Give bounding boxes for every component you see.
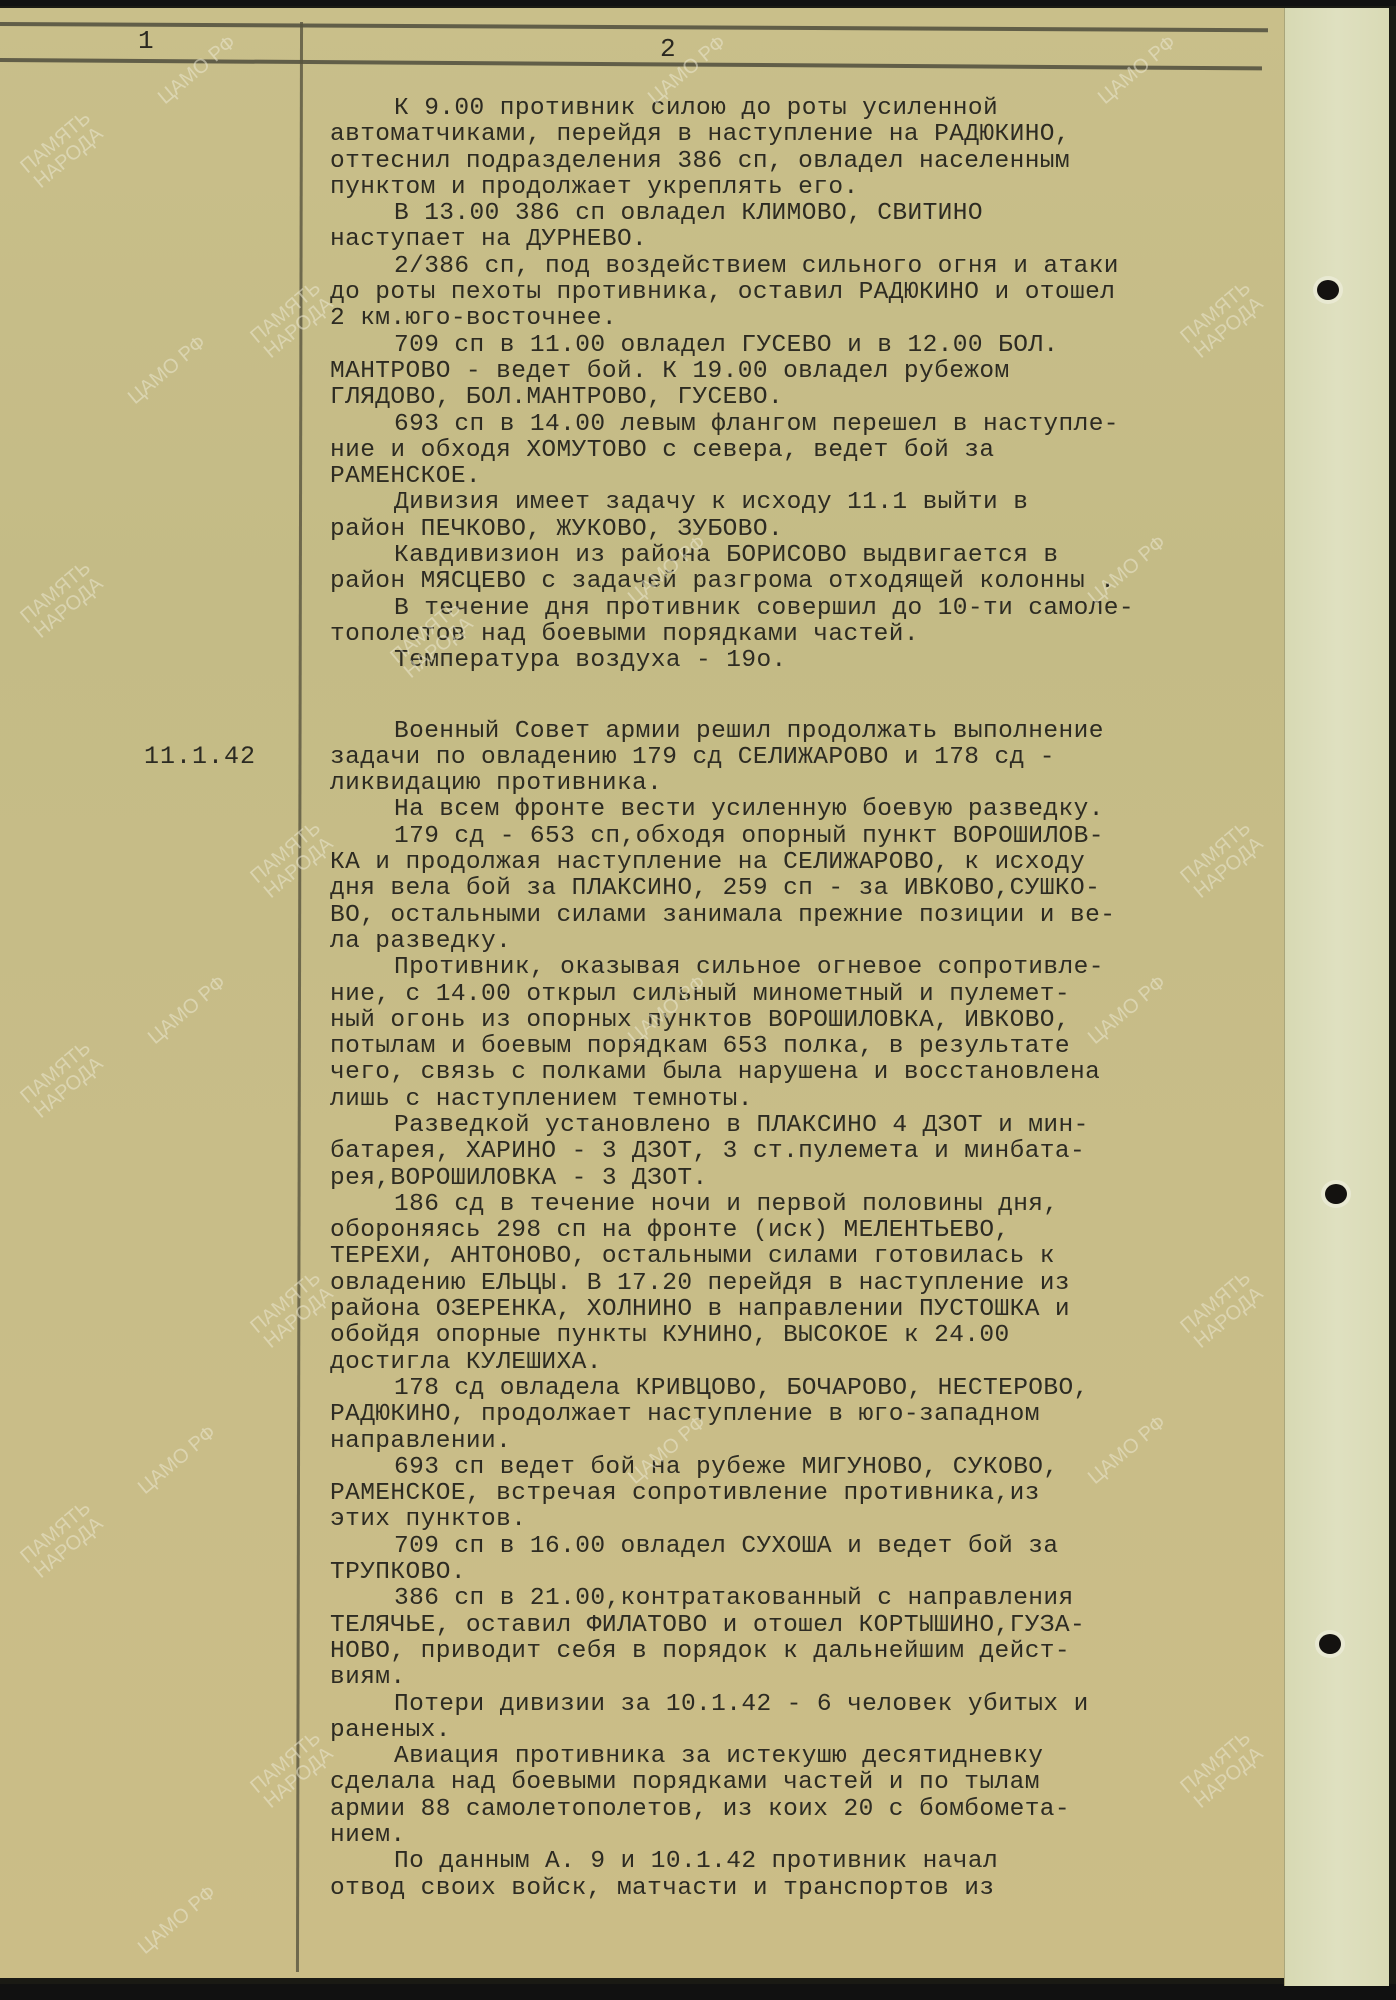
typed-line: РАДЮКИНО, продолжает наступление в юго-з… [266, 1402, 1270, 1428]
typed-line: рея,ВОРОШИЛОВКА - 3 ДЗОТ. [266, 1166, 1270, 1192]
typed-line: 179 сд - 653 сп,обходя опорный пункт ВОР… [330, 824, 1270, 850]
typed-line: В 13.00 386 сп овладел КЛИМОВО, СВИТИНО [330, 201, 1270, 227]
typed-line: района ОЗЕРЕНКА, ХОЛНИНО в направлении П… [266, 1297, 1270, 1323]
typed-line: пунктом и продолжает укреплять его. [266, 175, 1270, 201]
typed-line: до роты пехоты противника, оставил РАДЮК… [266, 280, 1270, 306]
typed-line: КА и продолжая наступление на СЕЛИЖАРОВО… [266, 850, 1270, 876]
typed-line: ный огонь из опорных пунктов ВОРОШИЛОВКА… [266, 1008, 1270, 1034]
punch-hole [1317, 280, 1339, 300]
typed-line: ла разведку. [266, 929, 1270, 955]
typed-line: РАМЕНСКОЕ, встречая сопротивление против… [266, 1481, 1270, 1507]
typed-line: 2/386 сп, под воздействием сильного огня… [330, 254, 1270, 280]
report-paragraph: На всем фронте вести усиленную боевую ра… [330, 797, 1270, 823]
typed-line: 186 сд в течение ночи и первой половины … [330, 1192, 1270, 1218]
typed-line: ние, с 14.00 открыл сильный минометный и… [266, 982, 1270, 1008]
typed-line: чего, связь с полками была нарушена и во… [266, 1060, 1270, 1086]
typed-line: тополетов над боевыми порядками частей. [266, 622, 1270, 648]
typed-line: потылам и боевым порядкам 653 полка, в р… [266, 1034, 1270, 1060]
punch-hole [1319, 1634, 1341, 1654]
typed-line: ГЛЯДОВО, БОЛ.МАНТРОВО, ГУСЕВО. [266, 385, 1270, 411]
report-paragraph: Дивизия имеет задачу к исходу 11.1 выйти… [330, 490, 1270, 543]
report-paragraph: 709 сп в 11.00 овладел ГУСЕВО и в 12.00 … [330, 333, 1270, 412]
report-paragraph: Авиация противника за истекушю десятидне… [330, 1744, 1270, 1849]
typed-line: лишь с наступлением темноты. [266, 1087, 1270, 1113]
typed-line: батарея, ХАРИНО - 3 ДЗОТ, 3 ст.пулемета … [266, 1139, 1270, 1165]
typed-line: овладению ЕЛЬЦЫ. В 17.20 перейдя в насту… [266, 1271, 1270, 1297]
report-paragraph: 693 сп ведет бой на рубеже МИГУНОВО, СУК… [330, 1455, 1270, 1534]
typed-line: отвод своих войск, матчасти и транспорто… [266, 1876, 1270, 1902]
report-paragraph: К 9.00 противник силою до роты усиленной… [330, 96, 1270, 201]
typed-line: ТРУПКОВО. [266, 1560, 1270, 1586]
typed-line: Температура воздуха - 19о. [330, 648, 1270, 674]
typed-line: этих пунктов. [266, 1507, 1270, 1533]
typed-line: 386 сп в 21.00,контратакованный с направ… [330, 1586, 1270, 1612]
report-paragraph: 709 сп в 16.00 овладел СУХОША и ведет бо… [330, 1534, 1270, 1587]
report-paragraph: 386 сп в 21.00,контратакованный с направ… [330, 1586, 1270, 1691]
typed-line: наступает на ДУРНЕВО. [266, 227, 1270, 253]
typed-line: Потери дивизии за 10.1.42 - 6 человек уб… [330, 1692, 1270, 1718]
typed-line: дня вела бой за ПЛАКСИНО, 259 сп - за ИВ… [266, 876, 1270, 902]
typed-line: район МЯСЦЕВО с задачей разгрома отходящ… [266, 569, 1270, 595]
typed-line: оттеснил подразделения 386 сп, овладел н… [266, 149, 1270, 175]
typed-line: сделала над боевыми порядками частей и п… [266, 1770, 1270, 1796]
column-header-2: 2 [660, 34, 676, 64]
typed-line: ТЕЛЯЧЬЕ, оставил ФИЛАТОВО и отошел КОРТЫ… [266, 1613, 1270, 1639]
typed-line: 709 сп в 16.00 овладел СУХОША и ведет бо… [330, 1534, 1270, 1560]
typed-line: 693 сп ведет бой на рубеже МИГУНОВО, СУК… [330, 1455, 1270, 1481]
typed-line: обойдя опорные пункты КУНИНО, ВЫСОКОЕ к … [266, 1323, 1270, 1349]
report-paragraph: Противник, оказывая сильное огневое сопр… [330, 955, 1270, 1113]
typed-line: По данным А. 9 и 10.1.42 противник начал [330, 1849, 1270, 1875]
report-paragraph: 186 сд в течение ночи и первой половины … [330, 1192, 1270, 1376]
punch-hole [1325, 1184, 1347, 1204]
typed-line: задачи по овладению 179 сд СЕЛИЖАРОВО и … [266, 745, 1270, 771]
typed-line: Военный Совет армии решил продолжать вып… [330, 719, 1270, 745]
typed-line: автоматчиками, перейдя в наступление на … [266, 122, 1270, 148]
report-section-11-jan: Военный Совет армии решил продолжать вып… [330, 719, 1270, 1902]
typed-line: нием. [266, 1823, 1270, 1849]
typed-line: обороняясь 298 сп на фронте (иск) МЕЛЕНТ… [266, 1218, 1270, 1244]
typed-line: РАМЕНСКОЕ. [266, 464, 1270, 490]
typed-line: 693 сп в 14.00 левым флангом перешел в н… [330, 412, 1270, 438]
typed-line: направлении. [266, 1429, 1270, 1455]
typed-line: НОВО, приводит себя в порядок к дальнейш… [266, 1639, 1270, 1665]
report-paragraph: Кавдивизион из района БОРИСОВО выдвигает… [330, 543, 1270, 596]
report-paragraph: Потери дивизии за 10.1.42 - 6 человек уб… [330, 1692, 1270, 1745]
report-paragraph: Температура воздуха - 19о. [330, 648, 1270, 674]
typed-line: ние и обходя ХОМУТОВО с севера, ведет бо… [266, 438, 1270, 464]
typed-line: МАНТРОВО - ведет бой. К 19.00 овладел ру… [266, 359, 1270, 385]
typed-line: достигла КУЛЕШИХА. [266, 1350, 1270, 1376]
typed-line: район ПЕЧКОВО, ЖУКОВО, ЗУБОВО. [266, 517, 1270, 543]
typed-line: Дивизия имеет задачу к исходу 11.1 выйти… [330, 490, 1270, 516]
binding-strip [1284, 8, 1389, 1986]
report-paragraph: Разведкой установлено в ПЛАКСИНО 4 ДЗОТ … [330, 1113, 1270, 1192]
typed-line: 709 сп в 11.00 овладел ГУСЕВО и в 12.00 … [330, 333, 1270, 359]
entry-date: 11.1.42 [144, 742, 256, 771]
report-paragraph: Военный Совет армии решил продолжать вып… [330, 719, 1270, 798]
report-paragraph: 2/386 сп, под воздействием сильного огня… [330, 254, 1270, 333]
typed-line: армии 88 самолетополетов, из коих 20 с б… [266, 1797, 1270, 1823]
typed-line: К 9.00 противник силою до роты усиленной [330, 96, 1270, 122]
typed-line: ВО, остальными силами занимала прежние п… [266, 903, 1270, 929]
typed-line: ликвидацию противника. [266, 771, 1270, 797]
typed-line: ТЕРЕХИ, АНТОНОВО, остальными силами гото… [266, 1244, 1270, 1270]
report-paragraph: 178 сд овладела КРИВЦОВО, БОЧАРОВО, НЕСТ… [330, 1376, 1270, 1455]
typed-line: виям. [266, 1665, 1270, 1691]
typed-line: На всем фронте вести усиленную боевую ра… [330, 797, 1270, 823]
typed-line: Разведкой установлено в ПЛАКСИНО 4 ДЗОТ … [330, 1113, 1270, 1139]
report-section-10-jan: К 9.00 противник силою до роты усиленной… [330, 96, 1270, 675]
typed-line: В течение дня противник совершил до 10-т… [330, 596, 1270, 622]
typed-line: 2 км.юго-восточнее. [266, 306, 1270, 332]
report-paragraph: 693 сп в 14.00 левым флангом перешел в н… [330, 412, 1270, 491]
report-body: К 9.00 противник силою до роты усиленной… [330, 96, 1270, 1902]
report-paragraph: 179 сд - 653 сп,обходя опорный пункт ВОР… [330, 824, 1270, 955]
typed-line: Авиация противника за истекушю десятидне… [330, 1744, 1270, 1770]
typed-line: Противник, оказывая сильное огневое сопр… [330, 955, 1270, 981]
report-paragraph: В 13.00 386 сп овладел КЛИМОВО, СВИТИНОн… [330, 201, 1270, 254]
report-paragraph: По данным А. 9 и 10.1.42 противник начал… [330, 1849, 1270, 1902]
column-header-1: 1 [138, 26, 154, 56]
typed-line: 178 сд овладела КРИВЦОВО, БОЧАРОВО, НЕСТ… [330, 1376, 1270, 1402]
typed-line: Кавдивизион из района БОРИСОВО выдвигает… [330, 543, 1270, 569]
typed-line: раненых. [266, 1718, 1270, 1744]
report-paragraph: В течение дня противник совершил до 10-т… [330, 596, 1270, 649]
